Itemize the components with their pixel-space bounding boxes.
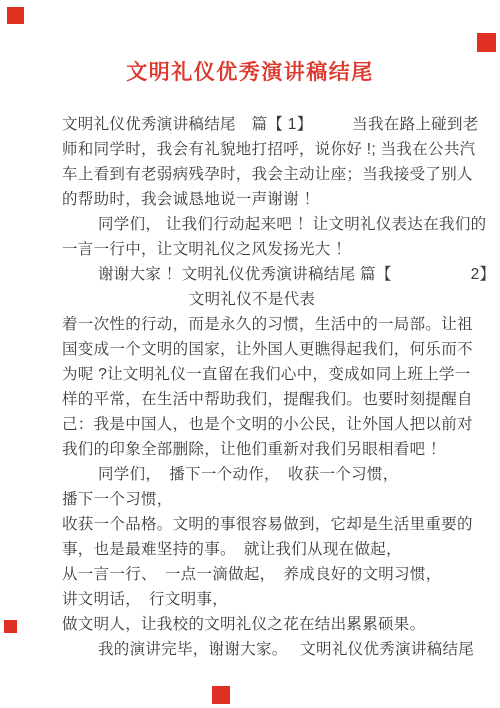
body-line: 着一次性的行动，而是永久的习惯，生活中的一局部。让祖 <box>62 312 442 337</box>
body-line: 国变成一个文明的国家，让外国人更瞧得起我们，何乐而不 <box>62 337 442 362</box>
body-line: 文明礼仪不是代表 <box>62 287 442 312</box>
body-line: 我们的印象全部删除，让他们重新对我们另眼相看吧 ！ <box>62 437 442 462</box>
document-body: 文明礼仪优秀演讲稿结尾 篇【 1】 当我在路上碰到老 师和同学时，我会有礼貌地打… <box>62 112 442 662</box>
body-line: 的帮助时，我会诚恳地说一声谢谢 ！ <box>62 187 442 212</box>
body-line: 我的演讲完毕，谢谢大家。 文明礼仪优秀演讲稿结尾 <box>62 637 442 662</box>
body-line: 收获一个品格。文明的事很容易做到，它却是生活里重要的 <box>62 512 442 537</box>
document-page: 文明礼仪优秀演讲稿结尾 文明礼仪优秀演讲稿结尾 篇【 1】 当我在路上碰到老 师… <box>0 0 500 708</box>
body-line: 从一言一行、 一点一滴做起， 养成良好的文明习惯， <box>62 562 442 587</box>
body-line: 同学们， 播下一个动作， 收获一个习惯， <box>62 462 442 487</box>
body-line: 讲文明话， 行文明事， <box>62 587 442 612</box>
body-line: 师和同学时，我会有礼貌地打招呼，说你好 !; 当我在公共汽 <box>62 137 442 162</box>
body-line: 谢谢大家 ！文明礼仪优秀演讲稿结尾 篇【 2】 <box>62 262 442 287</box>
body-line: 文明礼仪优秀演讲稿结尾 篇【 1】 当我在路上碰到老 <box>62 112 442 137</box>
body-line: 同学们， 让我们行动起来吧 ！让文明礼仪表达在我们的 <box>62 212 442 237</box>
page-title: 文明礼仪优秀演讲稿结尾 <box>0 56 500 86</box>
red-square-icon <box>7 7 24 24</box>
red-square-icon <box>212 686 230 704</box>
body-line: 己：我是中国人，也是个文明的小公民，让外国人把以前对 <box>62 412 442 437</box>
body-line: 为呢 ?让文明礼仪一直留在我们心中，变成如同上班上学一 <box>62 362 442 387</box>
body-line: 做文明人，让我校的文明礼仪之花在结出累累硕果。 <box>62 612 442 637</box>
red-square-icon <box>477 33 496 52</box>
body-line: 播下一个习惯， <box>62 487 442 512</box>
red-square-icon <box>4 620 17 633</box>
body-line: 一言一行中，让文明礼仪之风发扬光大 ！ <box>62 237 442 262</box>
body-line: 事，也是最难坚持的事。 就让我们从现在做起， <box>62 537 442 562</box>
body-line: 车上看到有老弱病残孕时，我会主动让座；当我接受了别人 <box>62 162 442 187</box>
body-line: 样的平常，在生活中帮助我们，提醒我们。也要时刻提醒自 <box>62 387 442 412</box>
